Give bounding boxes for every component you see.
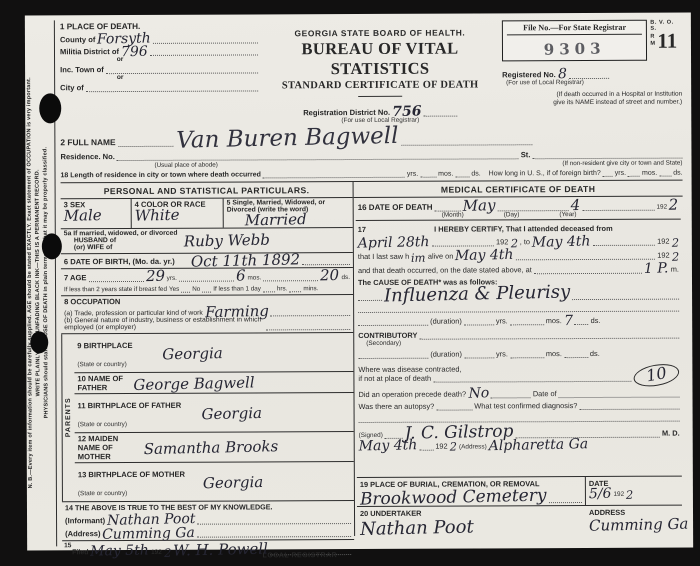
- dotted-line: [434, 202, 460, 211]
- dotted-line: [86, 83, 258, 93]
- attended-to-year-digit: 2: [671, 238, 679, 249]
- filed-label: Filed: [72, 549, 88, 556]
- mother-name-row: 12 MAIDEN NAME OF MOTHER Samantha Brooks: [75, 432, 354, 463]
- dotted-line: [510, 317, 544, 326]
- or-word: or: [60, 56, 180, 64]
- dotted-line: [197, 515, 351, 525]
- dotted-line: [358, 350, 428, 359]
- age-row: 7 AGE 29 yrs. 6 mos. 20 ds. If: [61, 268, 353, 296]
- yes-option: Yes: [169, 286, 179, 293]
- mos-unit: mos.: [642, 170, 657, 177]
- street-label: St.: [521, 151, 531, 160]
- dotted-line: [358, 292, 382, 301]
- ink-blot: [39, 93, 61, 123]
- informant-address-value: Cumming Ga: [102, 527, 195, 542]
- year-prefix: 192: [657, 237, 669, 246]
- meridiem-label: m.: [671, 264, 679, 273]
- occupation-a-value: Farming: [205, 305, 269, 320]
- length-of-residence-row: 18 Length of residence in city or town w…: [61, 168, 683, 180]
- certification-block: 17 I HEREBY CERTIFY, That I attended dec…: [356, 219, 682, 451]
- death-year-digit: 2: [669, 199, 679, 213]
- mos-unit: mos.: [438, 171, 453, 178]
- form-number: 11: [657, 32, 677, 51]
- undertaker-row: 20 UNDERTAKER Nathan Poot ADDRESS Cummin…: [357, 505, 682, 537]
- mos-unit: mos.: [546, 349, 562, 358]
- mother-birthplace-value: Georgia: [203, 475, 264, 490]
- dotted-line: [302, 256, 350, 265]
- registration-district-value: 756: [392, 105, 422, 118]
- mins-unit: mins.: [303, 285, 318, 292]
- dotted-line: [516, 251, 655, 261]
- title-block: GEORGIA STATE BOARD OF HEALTH. BUREAU OF…: [262, 20, 498, 124]
- secondary-label: (Secondary): [366, 340, 401, 347]
- contracted-value: 10: [632, 361, 681, 390]
- mother-birthplace-row: 13 BIRTHPLACE OF MOTHER(State or country…: [75, 462, 354, 501]
- marital-value: Married: [245, 212, 350, 228]
- dotted-line: [464, 317, 494, 326]
- dotted-line: [593, 237, 656, 246]
- scanned-death-certificate: N. B.—Every item of information should b…: [0, 0, 700, 566]
- day-caption: (Day): [504, 211, 520, 218]
- last-saw-pronoun: im: [411, 252, 426, 263]
- ds-unit: ds.: [590, 349, 600, 358]
- county-label: County of: [60, 35, 95, 44]
- sex-cell: 3 SEX Male: [61, 199, 131, 228]
- certificate-header: 1 PLACE OF DEATH. County ofForsyth Milit…: [60, 20, 682, 125]
- undertaker-value: Nathan Poot: [360, 517, 583, 538]
- dotted-line: [491, 389, 531, 398]
- full-name-row: 2 FULL NAME Van Buren Bagwell: [60, 126, 682, 147]
- dotted-line: [263, 283, 275, 292]
- filed-year-digit: 2: [164, 547, 172, 558]
- burial-date-cell: DATE 5/6 1922: [586, 476, 682, 505]
- age-years-value: 29: [145, 270, 164, 284]
- form-mark: B. V. O. S. R M 11: [650, 20, 682, 51]
- dotted-line: [572, 290, 679, 299]
- autopsy-label: Was there an autopsy?: [359, 402, 435, 411]
- burial-year-digit: 2: [626, 490, 634, 501]
- no-option: No: [192, 285, 200, 292]
- burial-row: 19 PLACE OF BURIAL, CREMATION, OR REMOVA…: [357, 475, 682, 506]
- dotted-line: [659, 168, 671, 177]
- medical-section-title: MEDICAL CERTIFICATE OF DEATH: [354, 181, 683, 198]
- dotted-line: [433, 373, 631, 383]
- divider: [358, 96, 402, 97]
- duration-label: (duration): [430, 317, 462, 326]
- dotted-line: [420, 169, 436, 178]
- personal-section: PERSONAL AND STATISTICAL PARTICULARS. 3 …: [61, 182, 356, 537]
- dotted-line: [263, 272, 318, 281]
- truth-statement-label: 14 THE ABOVE IS TRUE TO THE BEST OF MY K…: [65, 502, 351, 512]
- dotted-line: [419, 330, 679, 340]
- date-of-birth-row: 6 DATE OF BIRTH, (Mo. da. yr.) Oct 11th …: [61, 253, 353, 270]
- file-number-label: File No.—For State Registrar: [507, 23, 642, 36]
- attended-to-date: May 4th: [532, 235, 591, 249]
- place-of-death-block: 1 PLACE OF DEATH. County ofForsyth Milit…: [60, 21, 258, 124]
- operation-value: No: [468, 388, 489, 401]
- ds-unit: ds.: [673, 170, 682, 177]
- dotted-line: [464, 350, 494, 359]
- dotted-line: [575, 316, 589, 325]
- age-months-value: 6: [236, 270, 246, 284]
- dotted-line: [119, 138, 174, 147]
- dotted-line: [603, 168, 613, 177]
- death-time-value: 1 P.: [644, 262, 669, 275]
- father-name-label: 10 NAME OF FATHER: [77, 374, 129, 392]
- how-long-us-label: How long in U. S., if of foreign birth?: [489, 170, 601, 177]
- dotted-line: [549, 494, 582, 503]
- dotted-line: [88, 273, 143, 282]
- certificate-paper: N. B.—Every item of information should b…: [25, 13, 693, 551]
- state-or-country-note: (State or country): [77, 361, 126, 368]
- yrs-unit: yrs.: [496, 350, 508, 359]
- state-or-country-note: (State or country): [78, 421, 127, 428]
- death-day-value: 4: [571, 199, 581, 213]
- cause-of-death-value: Influenza & Pleurisy: [384, 284, 570, 304]
- birthplace-value: Georgia: [162, 347, 223, 362]
- board-of-health-title: GEORGIA STATE BOARD OF HEALTH.: [262, 27, 498, 38]
- yrs-unit: yrs.: [496, 317, 508, 326]
- sex-value: Male: [64, 209, 128, 224]
- dotted-line: [497, 202, 569, 211]
- date-of-death-label: 16 DATE OF DEATH: [358, 202, 433, 211]
- age-label: 7 AGE: [64, 273, 87, 282]
- dotted-line: [579, 401, 679, 410]
- ds-unit: ds.: [471, 171, 480, 178]
- spouse-value: Ruby Webb: [183, 233, 269, 248]
- dotted-line: [532, 150, 682, 160]
- undertaker-cell: 20 UNDERTAKER Nathan Poot: [357, 506, 586, 536]
- physician-address-value: Alpharetta Ga: [489, 438, 589, 453]
- registered-no-value: 8: [558, 68, 567, 81]
- dotted-line: [564, 349, 588, 358]
- dotted-line: [569, 70, 609, 79]
- registered-no-label: Registered No.: [502, 70, 556, 79]
- operation-date-label: Date of: [533, 389, 557, 398]
- filed-date-value: May 5th: [90, 545, 149, 559]
- ds-unit: ds.: [341, 274, 350, 281]
- last-saw-pre: that I last saw h: [358, 252, 409, 261]
- cause-duration-days-value: 7: [564, 315, 573, 328]
- residence-label: Residence. No.: [60, 152, 114, 161]
- parents-block: PARENTS 9 BIRTHPLACE(State or country) G…: [61, 333, 354, 502]
- yrs-unit: yrs.: [407, 171, 418, 178]
- or-word: or: [60, 74, 180, 82]
- burial-place-value: Brookwood Cemetery: [360, 488, 547, 507]
- last-saw-date: May 4th: [455, 249, 514, 263]
- dotted-line: [266, 321, 350, 330]
- militia-district-label: Militia District of: [60, 47, 119, 56]
- father-birthplace-label: 11 BIRTHPLACE OF FATHER: [78, 401, 182, 410]
- to-word: , to: [520, 238, 530, 247]
- ds-unit: ds.: [591, 316, 601, 325]
- mother-birthplace-label: 13 BIRTHPLACE OF MOTHER: [78, 470, 185, 479]
- bureau-title: BUREAU OF VITAL STATISTICS: [262, 38, 498, 79]
- file-number-stamp: 9303: [507, 39, 643, 60]
- mother-name-label: 12 MAIDEN NAME OF MOTHER: [78, 434, 140, 461]
- attended-from-date: April 28th: [358, 236, 430, 250]
- race-value: White: [135, 208, 220, 223]
- year-prefix: 192: [613, 491, 624, 498]
- abode-note: (Usual place of abode): [154, 162, 217, 169]
- birthplace-label: 9 BIRTHPLACE: [77, 341, 132, 350]
- year-prefix: 192: [656, 203, 667, 210]
- dotted-line: [106, 65, 258, 75]
- signed-date-value: May 4th: [359, 439, 418, 453]
- last-saw-mid: alive on: [428, 252, 454, 261]
- dotted-line: [179, 272, 234, 281]
- signed-year-digit: 2: [450, 442, 458, 453]
- undertaker-address-cell: ADDRESS Cumming Ga: [586, 506, 682, 536]
- mother-name-value: Samantha Brooks: [144, 440, 279, 456]
- spouse-row: 5a If married, widowed, or divorced HUSB…: [61, 228, 353, 254]
- father-birthplace-value: Georgia: [201, 406, 262, 421]
- dotted-line: [583, 201, 655, 210]
- dotted-line: [423, 107, 457, 116]
- age-days-value: 20: [320, 269, 339, 283]
- race-cell: 4 COLOR OR RACE White: [131, 199, 223, 228]
- personal-section-title: PERSONAL AND STATISTICAL PARTICULARS.: [61, 182, 353, 199]
- dotted-line: [181, 284, 190, 293]
- spouse-label-3: (or) WIFE of: [74, 244, 178, 251]
- dotted-line: [358, 317, 428, 326]
- yrs-unit: yrs.: [615, 170, 626, 177]
- informant-label: (Informant): [65, 516, 105, 525]
- mos-unit: mos.: [546, 316, 562, 325]
- dotted-line: [628, 168, 640, 177]
- dotted-line: [289, 283, 301, 292]
- less-than-day-label: If less than 1 day: [213, 285, 261, 292]
- registered-no-subnote: (For use of Local Registrar): [506, 78, 682, 86]
- informant-address-label: (Address): [65, 530, 100, 539]
- yrs-unit: yrs.: [167, 275, 177, 282]
- militia-district-value: 796: [121, 45, 148, 58]
- dotted-line: [534, 264, 643, 273]
- operation-label: Did an operation precede death?: [358, 389, 466, 398]
- md-label: M. D.: [662, 429, 680, 438]
- main-columns: PERSONAL AND STATISTICAL PARTICULARS. 3 …: [61, 180, 685, 538]
- dotted-line: [271, 307, 351, 316]
- dotted-line: [510, 350, 544, 359]
- place-of-death-title: 1 PLACE OF DEATH.: [60, 21, 258, 31]
- hospital-note: (If death occurred in a Hospital or Inst…: [502, 90, 682, 108]
- filed-row: 15 Filed May 5th 1922 W. H. Powell LOCAL…: [62, 540, 354, 562]
- dotted-line: [359, 413, 680, 423]
- file-number-block: File No.—For State Registrar 9303 B. V. …: [502, 20, 682, 123]
- state-or-country-note: (State or country): [78, 490, 127, 497]
- father-name-row: 10 NAME OF FATHER George Bagwell: [74, 372, 353, 394]
- file-number-box: File No.—For State Registrar 9303: [502, 20, 648, 62]
- burial-date-value: 5/6: [589, 488, 612, 501]
- last-saw-year-digit: 2: [671, 251, 679, 262]
- form-side-letters: R M: [650, 34, 657, 49]
- duration-label: (duration): [430, 350, 462, 359]
- year-prefix: 192: [151, 549, 162, 556]
- certificate-title: STANDARD CERTIFICATE OF DEATH: [262, 79, 498, 91]
- mos-unit: mos.: [247, 274, 261, 281]
- dotted-line: [150, 47, 258, 56]
- local-registrar-signature: W. H. Powell: [173, 543, 268, 559]
- contracted-label-line2: if not at place of death: [358, 374, 431, 383]
- father-name-value: George Bagwell: [133, 376, 254, 392]
- nonresident-note: (If non-resident give city or town and S…: [562, 160, 682, 168]
- test-label: What test confirmed diagnosis?: [474, 401, 577, 410]
- dotted-line: [436, 401, 472, 410]
- hrs-unit: hrs.: [277, 285, 288, 292]
- certificate-body: 1 PLACE OF DEATH. County ofForsyth Milit…: [54, 18, 688, 547]
- length-of-residence-label: 18 Length of residence in city or town w…: [61, 172, 261, 180]
- parents-vertical-label: PARENTS: [61, 335, 75, 502]
- father-birthplace-row: 11 BIRTHPLACE OF FATHER(State or country…: [74, 393, 353, 433]
- dotted-line: [197, 529, 351, 539]
- date-of-death-row: 16 DATE OF DEATH May 4 1922 (Month) (Day…: [356, 197, 681, 221]
- breast-fed-label: If less than 2 years state if breast fed: [64, 286, 167, 293]
- inc-town-label: Inc. Town of: [60, 65, 104, 74]
- certify-intro: I HEREBY CERTIFY, That I attended deceas…: [368, 223, 679, 233]
- ink-blot: [30, 331, 48, 353]
- year-prefix: 192: [496, 238, 508, 247]
- city-label: City of: [60, 83, 84, 92]
- signed-address-label: (Address): [459, 443, 487, 450]
- year-prefix: 192: [657, 251, 669, 260]
- marital-cell: 5 Single, Married, Widowed, or Divorced …: [223, 198, 353, 227]
- ink-blot: [42, 233, 62, 259]
- death-occurred-pre: and that death occurred, on the date sta…: [358, 265, 532, 275]
- registration-district-label: Registration District No.: [303, 107, 390, 116]
- burial-place-cell: 19 PLACE OF BURIAL, CREMATION, OR REMOVA…: [357, 477, 586, 506]
- undertaker-address-value: Cumming Ga: [589, 518, 679, 533]
- death-month-value: May: [462, 199, 495, 213]
- dotted-line: [263, 169, 405, 179]
- dotted-line: [431, 238, 494, 247]
- month-caption: (Month): [442, 211, 464, 218]
- filed-item-number: 15: [64, 543, 71, 550]
- informant-row: 14 THE ABOVE IS TRUE TO THE BEST OF MY K…: [62, 501, 354, 541]
- spouse-label-1: 5a If married, widowed, or divorced: [64, 230, 178, 237]
- dotted-line: [202, 283, 211, 292]
- dotted-line: [559, 389, 680, 399]
- sex-race-marital-row: 3 SEX Male 4 COLOR OR RACE White 5 Singl…: [61, 198, 353, 229]
- certify-item-number: 17: [358, 225, 366, 234]
- contributory-label: CONTRIBUTORY: [358, 331, 417, 340]
- medical-section: MEDICAL CERTIFICATE OF DEATH 16 DATE OF …: [354, 181, 685, 536]
- full-name-value: Van Buren Bagwell: [176, 125, 399, 151]
- dotted-line: [153, 34, 258, 43]
- dotted-line: [402, 137, 533, 147]
- date-of-birth-label: 6 DATE OF BIRTH, (Mo. da. yr.): [64, 257, 175, 266]
- full-name-label: 2 FULL NAME: [60, 137, 115, 147]
- birthplace-row: 9 BIRTHPLACE(State or country) Georgia: [74, 333, 353, 373]
- dotted-line: [455, 169, 469, 178]
- occupation-row: 8 OCCUPATION (a) Trade, profession or pa…: [61, 295, 353, 335]
